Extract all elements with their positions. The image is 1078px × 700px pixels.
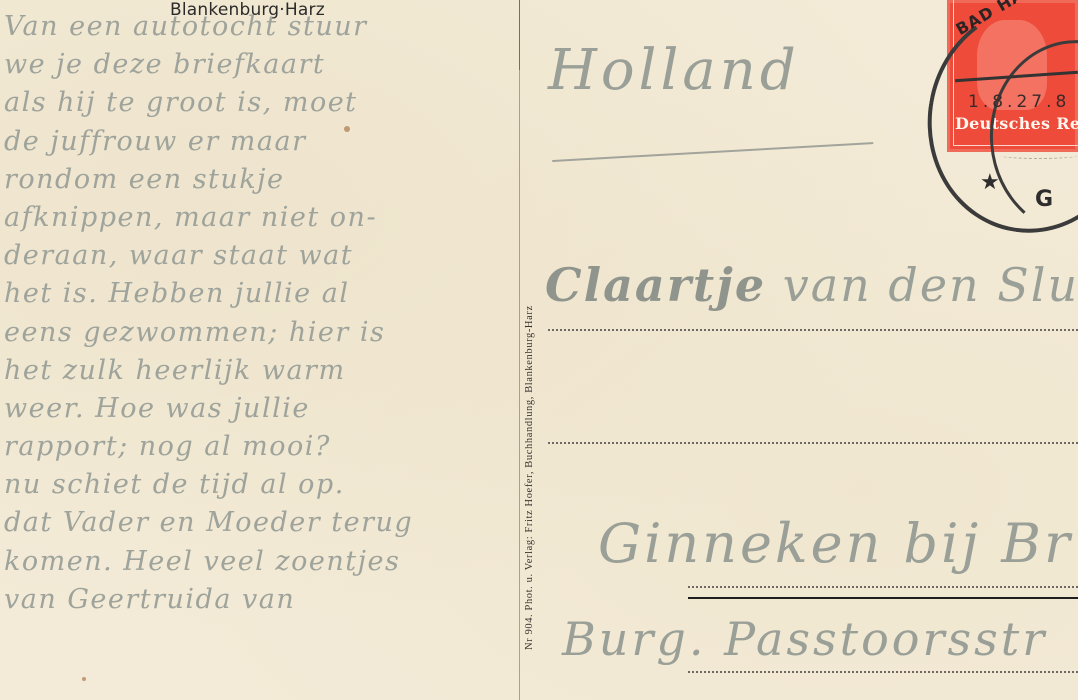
message-line: Van een autotocht stuur [4, 8, 514, 46]
postcard-back: Blankenburg·Harz Nr 904. Phot. u. Verlag… [0, 0, 1078, 700]
address-country: Holland [548, 38, 800, 103]
message-line: komen. Heel veel zoentjes [4, 543, 514, 581]
country-underline [552, 142, 874, 162]
message-line: van Geertruida van [4, 581, 514, 619]
postmark-wavy-line [1000, 152, 1078, 159]
message-line: weer. Hoe was jullie [4, 390, 514, 428]
recipient-first-name: Claartje [545, 258, 766, 312]
message-line: we je deze briefkaart [4, 46, 514, 84]
address-city-solid-rule [688, 597, 1078, 599]
recipient-surname: van den Slu [783, 258, 1078, 312]
address-line-4-dotted-rule [688, 671, 1078, 673]
address-line-3-dotted-rule [688, 586, 1078, 588]
address-recipient-name: Claartje van den Slu [545, 258, 1078, 312]
message-line: deraan, waar staat wat [4, 237, 514, 275]
message-line: rondom een stukje [4, 161, 514, 199]
message-line: rapport; nog al mooi? [4, 428, 514, 466]
message-line: eens gezwommen; hier is [4, 314, 514, 352]
center-divider-line [519, 0, 520, 700]
paper-stain [82, 677, 86, 681]
address-line-2-dotted-rule [548, 442, 1078, 444]
paper-stain [344, 126, 350, 132]
center-divider-top-segment [519, 0, 520, 70]
message-line: de juffrouw er maar [4, 123, 514, 161]
message-line: dat Vader en Moeder terug [4, 504, 514, 542]
message-line: het zulk heerlijk warm [4, 352, 514, 390]
star-icon: ★ [980, 170, 1000, 195]
postmark-letter: G [1035, 187, 1053, 212]
message-line: als hij te groot is, moet [4, 84, 514, 122]
postmark-date: 1.8.27.8 [968, 92, 1070, 112]
address-line-1-dotted-rule [548, 329, 1078, 331]
message-line: het is. Hebben jullie al [4, 275, 514, 313]
address-street: Burg. Passtoorsstr [562, 612, 1047, 666]
address-city: Ginneken bij Br [598, 512, 1073, 575]
handwritten-message: Van een autotocht stuur we je deze brief… [4, 8, 514, 619]
message-line: afknippen, maar niet on- [4, 199, 514, 237]
publisher-imprint: Nr 904. Phot. u. Verlag: Fritz Hoefer, B… [524, 305, 535, 650]
message-line: nu schiet de tijd al op. [4, 466, 514, 504]
